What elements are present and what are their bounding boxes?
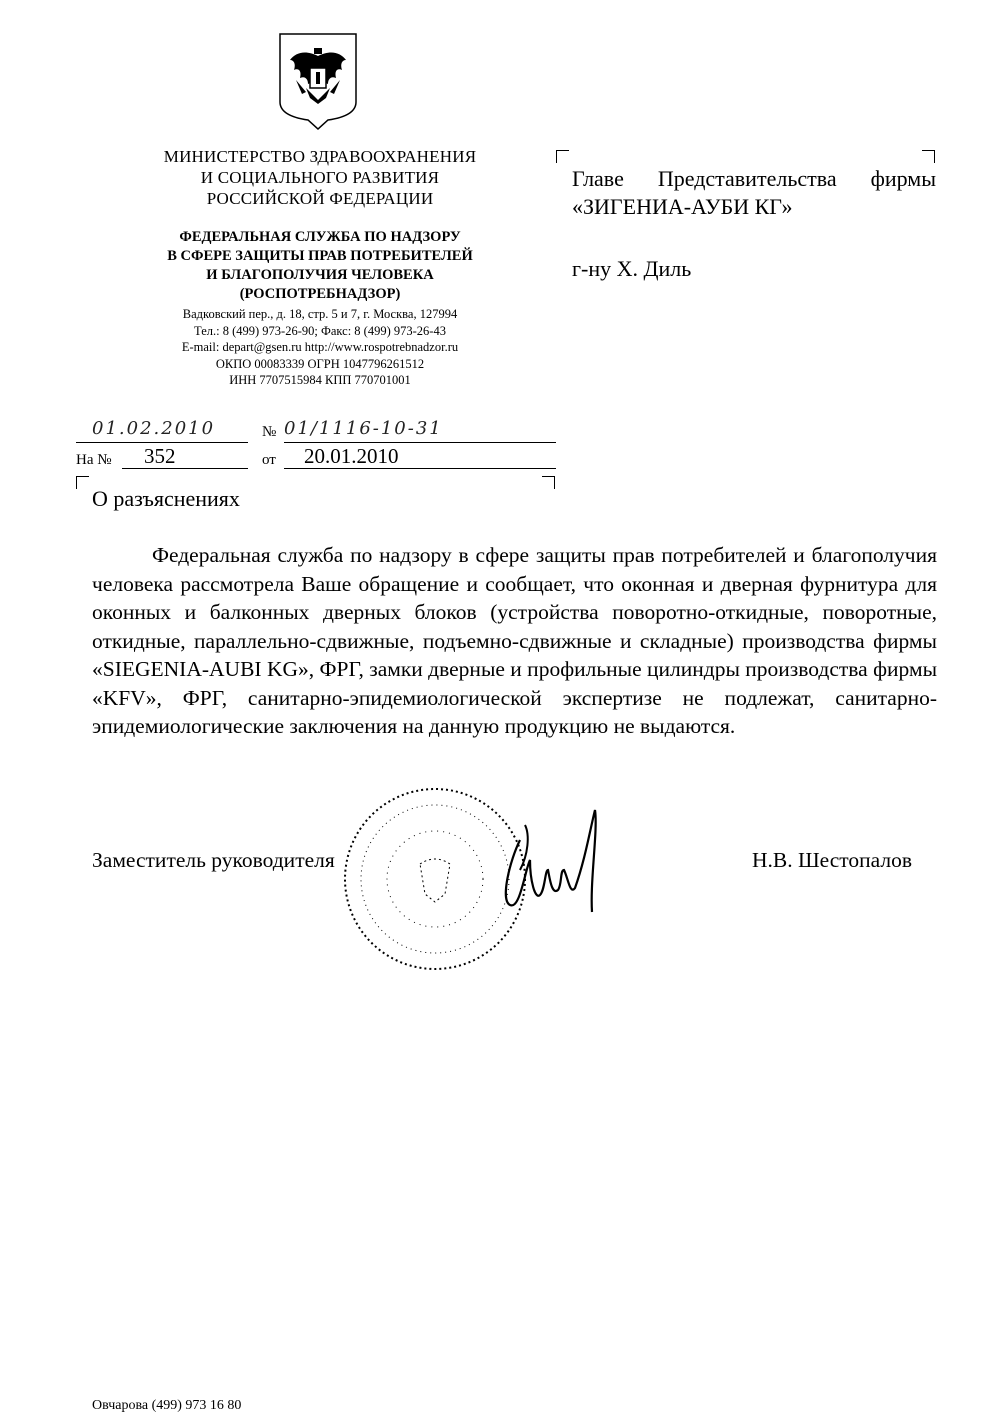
outgoing-number: 01/1116-10-31 [284, 418, 443, 439]
reply-to-number: 352 [144, 444, 176, 469]
outgoing-date: 01.02.2010 [92, 418, 215, 439]
outgoing-number-field: 01/1116-10-31 [284, 418, 556, 443]
address-line: Вадковский пер., д. 18, стр. 5 и 7, г. М… [130, 306, 510, 323]
outgoing-date-field: 01.02.2010 [76, 418, 248, 443]
addressee-company: «ЗИГЕНИА-АУБИ КГ» [572, 193, 936, 221]
letter-body: Федеральная служба по надзору в сфере за… [92, 541, 937, 741]
addressee-word: Представительства [658, 165, 837, 193]
reply-to-field: 352 [122, 444, 248, 469]
service-line: (РОСПОТРЕБНАДЗОР) [130, 285, 510, 304]
addressee-word: Главе [572, 165, 624, 193]
from-label: от [262, 452, 276, 469]
phone-line: Тел.: 8 (499) 973-26-90; Факс: 8 (499) 9… [130, 323, 510, 340]
signatory-name: Н.В. Шестопалов [752, 848, 912, 873]
bracket-corner [556, 150, 569, 163]
bracket-corner [542, 476, 555, 489]
service-name: ФЕДЕРАЛЬНАЯ СЛУЖБА ПО НАДЗОРУ В СФЕРЕ ЗА… [130, 228, 510, 304]
service-line: ФЕДЕРАЛЬНАЯ СЛУЖБА ПО НАДЗОРУ [130, 228, 510, 247]
okpo-line: ОКПО 00083339 ОГРН 1047796261512 [130, 356, 510, 373]
handwritten-signature-icon [490, 800, 610, 920]
signatory-title: Заместитель руководителя [92, 848, 335, 873]
coat-of-arms-icon [276, 30, 360, 130]
ministry-line: МИНИСТЕРСТВО ЗДРАВООХРАНЕНИЯ [130, 146, 510, 167]
from-date: 20.01.2010 [304, 444, 399, 469]
addressee-line-1: Главе Представительства фирмы [572, 165, 936, 193]
subject-line: О разъяснениях [92, 486, 240, 512]
bracket-corner [76, 476, 89, 489]
contact-block: Вадковский пер., д. 18, стр. 5 и 7, г. М… [130, 306, 510, 389]
email-line: E-mail: depart@gsen.ru http://www.rospot… [130, 339, 510, 356]
ministry-line: И СОЦИАЛЬНОГО РАЗВИТИЯ [130, 167, 510, 188]
from-date-field: 20.01.2010 [284, 444, 556, 469]
bracket-corner [922, 150, 935, 163]
addressee-block: Главе Представительства фирмы «ЗИГЕНИА-А… [572, 165, 936, 283]
executor-contact: Овчарова (499) 973 16 80 [92, 1398, 241, 1414]
service-line: И БЛАГОПОЛУЧИЯ ЧЕЛОВЕКА [130, 266, 510, 285]
service-line: В СФЕРЕ ЗАЩИТЫ ПРАВ ПОТРЕБИТЕЛЕЙ [130, 247, 510, 266]
addressee-person: г-ну Х. Диль [572, 255, 936, 283]
number-label: № [262, 424, 276, 441]
reply-to-label: На № [76, 452, 112, 469]
ministry-name: МИНИСТЕРСТВО ЗДРАВООХРАНЕНИЯ И СОЦИАЛЬНО… [130, 146, 510, 209]
addressee-word: фирмы [871, 165, 936, 193]
ministry-line: РОССИЙСКОЙ ФЕДЕРАЦИИ [130, 188, 510, 209]
inn-line: ИНН 7707515984 КПП 770701001 [130, 372, 510, 389]
